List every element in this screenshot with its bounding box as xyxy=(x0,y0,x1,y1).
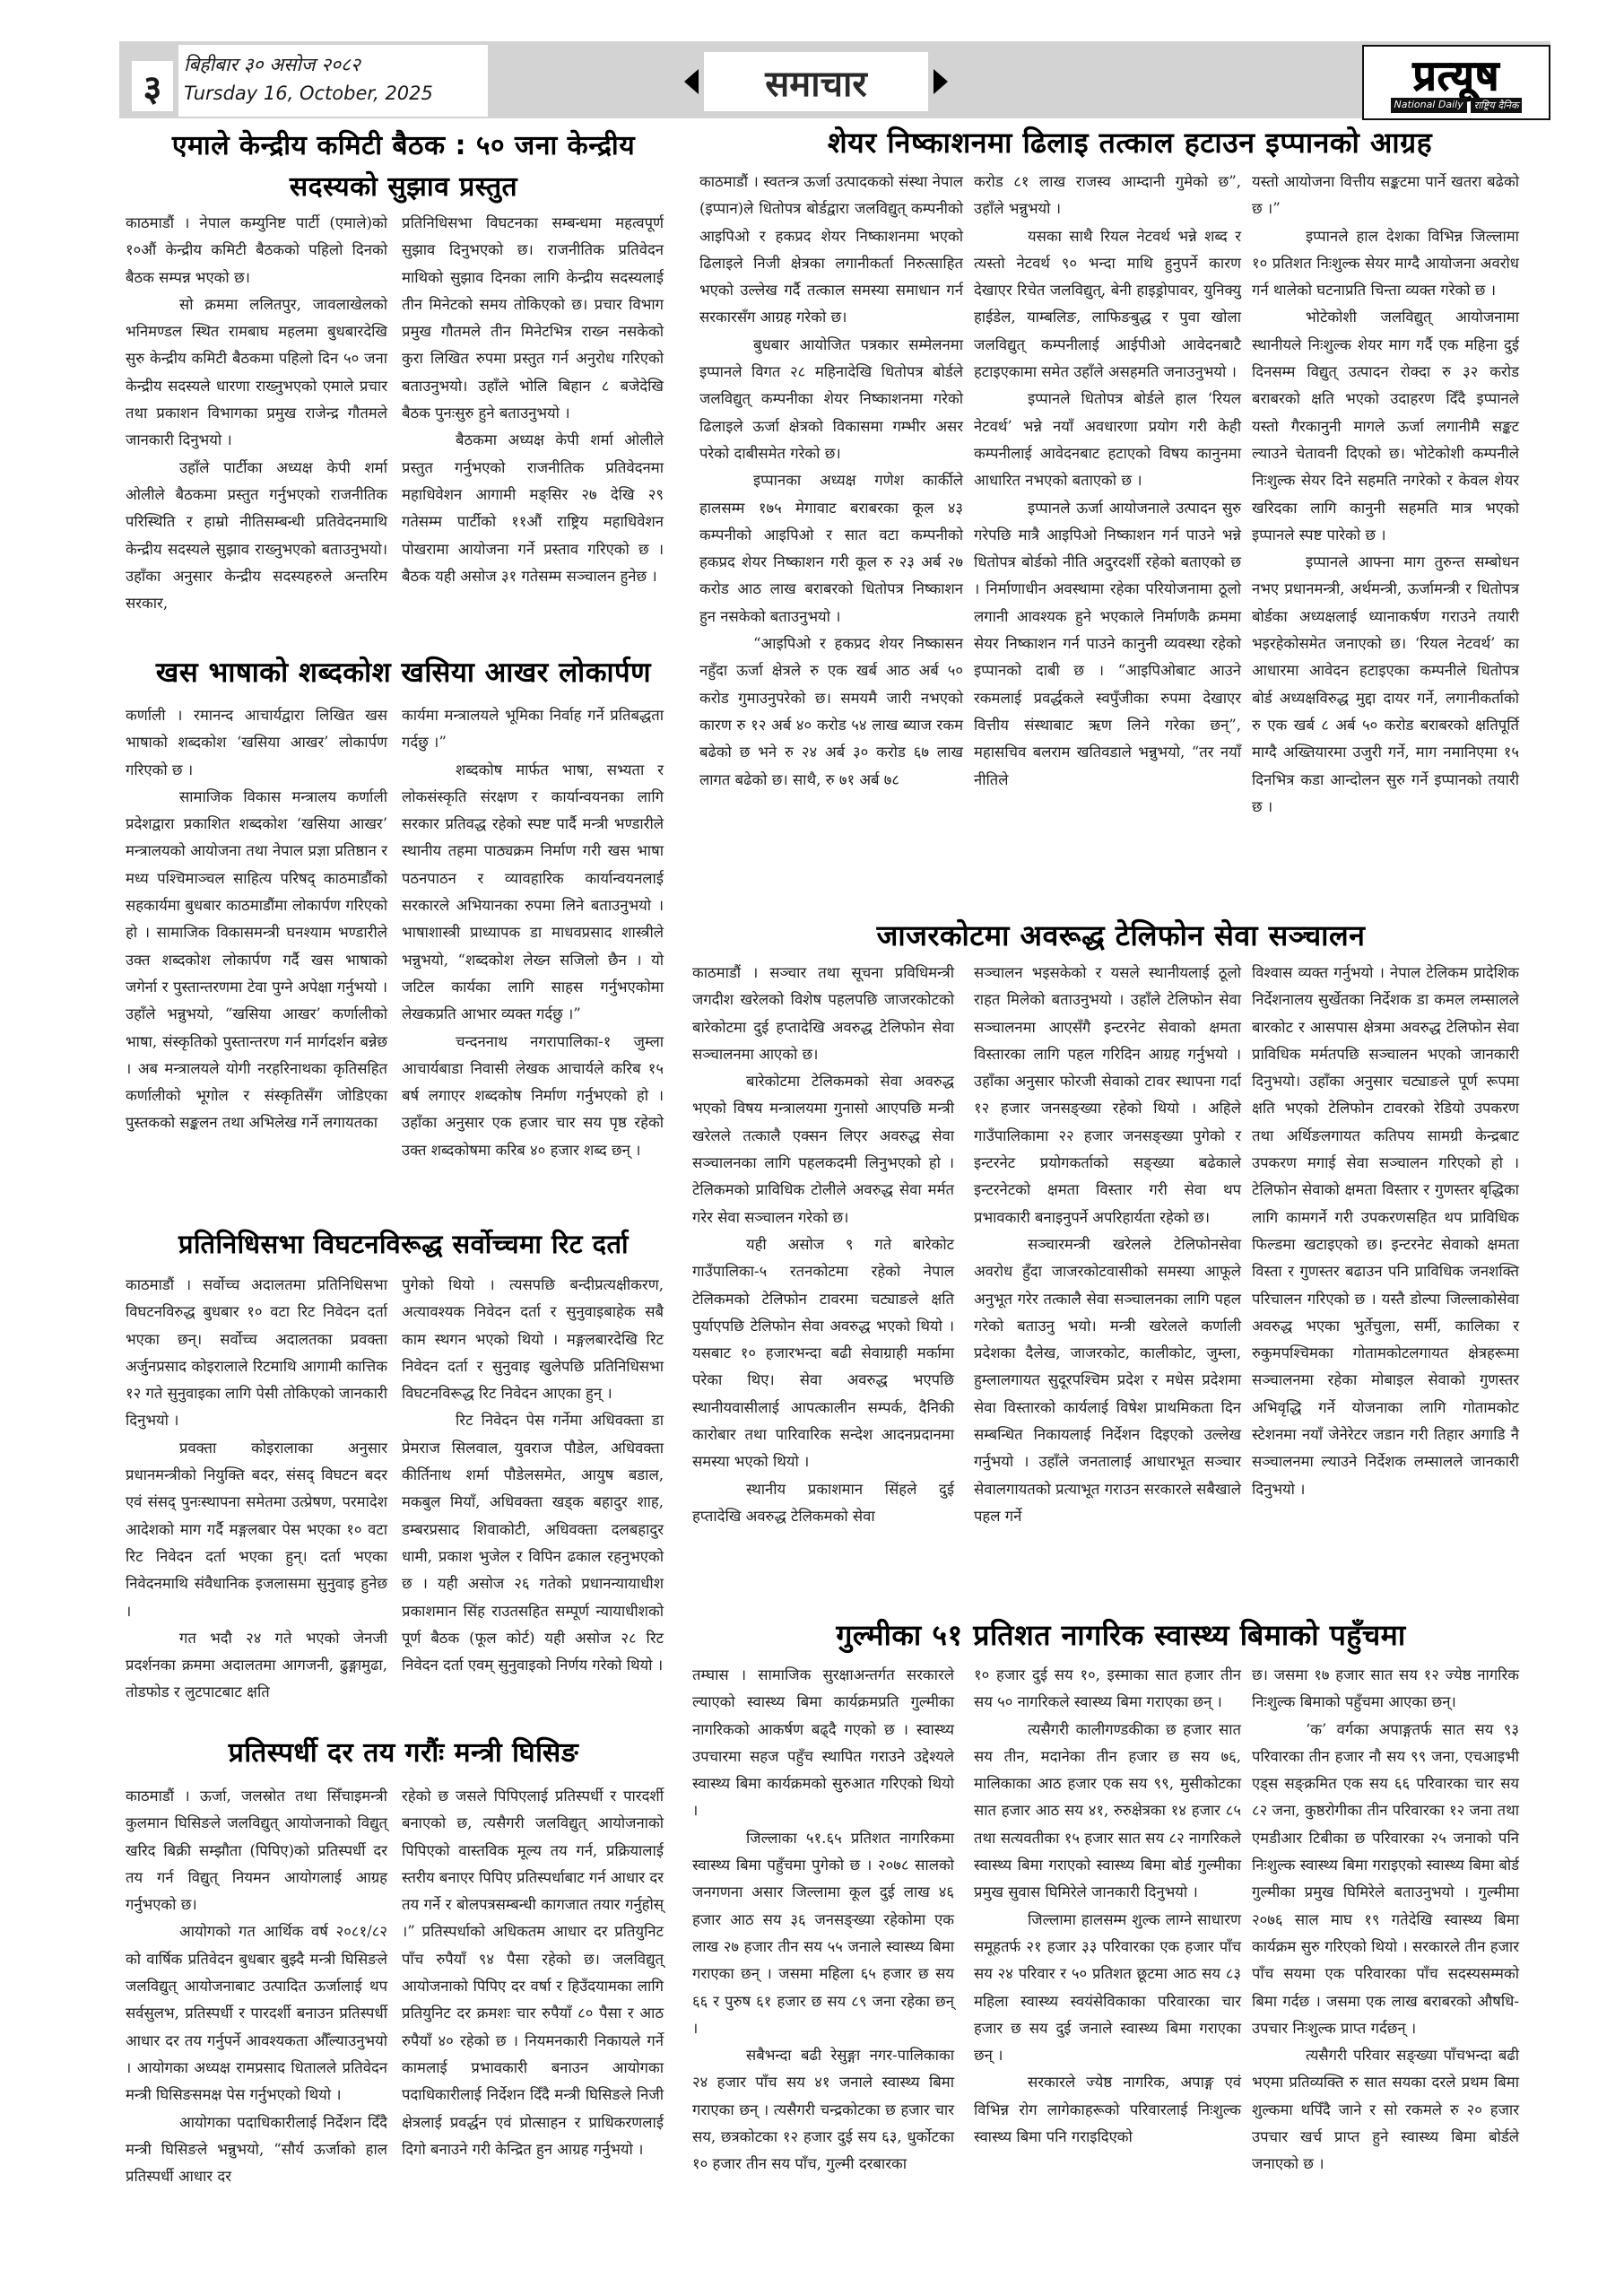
newspaper-logo: प्रत्यूष National Daily राष्ट्रिय दैनिक xyxy=(1362,45,1550,120)
paragraph: छ। जसमा १७ हजार सात सय १२ ज्येष्ठ नागरिक… xyxy=(1252,1662,1519,1717)
writ-column-1: काठमाडौं । सर्वोच्च अदालतमा प्रतिनिधिसभा… xyxy=(126,1272,387,1707)
paragraph: सबैभन्दा बढी रेसुङ्गा नगर-पालिकाका २४ हज… xyxy=(692,2042,954,2178)
paragraph: काठमाडौं । नेपाल कम्युनिष्ट पार्टी (एमाल… xyxy=(126,210,387,291)
paragraph: आयोगको गत आर्थिक वर्ष २०८१/८२ को वार्षिक… xyxy=(126,1918,387,2109)
paragraph: सरकारले ज्येष्ठ नागरिक, अपाङ्ग एवं विभिन… xyxy=(974,2069,1241,2151)
paragraph: चन्दननाथ नगरापालिका-१ जुम्ला आचार्यबाडा … xyxy=(402,1029,664,1164)
paragraph: “आइपिओ र हकप्रद शेयर निष्कासन नहुँदा ऊर्… xyxy=(699,631,963,794)
jajarkot-column-2: सञ्चालन भइसकेको र यसले स्थानीयलाई ठूलो र… xyxy=(974,960,1241,1530)
logo-title: प्रत्यूष xyxy=(1413,53,1500,98)
date-box: बिहीबार ३० असोज २०८२ Tursday 16, October… xyxy=(178,45,488,117)
paragraph: कर्णाली । रमानन्द आचार्यद्वारा लिखित खस … xyxy=(126,702,387,784)
paragraph: बारेकोटमा टेलिकमको सेवा अवरुद्ध भएको विष… xyxy=(692,1068,954,1231)
paragraph: सो क्रममा ललितपुर, जावलाखेलको भनिमण्डल स… xyxy=(126,291,387,455)
ippan-column-3: यस्तो आयोजना वित्तीय सङ्कटमा पार्ने खतरा… xyxy=(1252,169,1519,821)
ghising-column-1: काठमाडौं । ऊर्जा, जलस्रोत तथा सिँचाइमन्त… xyxy=(126,1783,387,2190)
paragraph: तम्घास । सामाजिक सुरक्षाअन्तर्गत सरकारले… xyxy=(692,1662,954,1825)
paragraph: भोटेकोशी जलविद्युत् आयोजनामा स्थानीयले न… xyxy=(1252,304,1519,549)
paragraph: त्यसैगरी परिवार सङ्ख्या पाँचभन्दा बढी भए… xyxy=(1252,2042,1519,2178)
paragraph: इप्पानले आफ्ना माग तुरुन्त सम्बोधन नभए प… xyxy=(1252,549,1519,821)
paragraph: पुगेको थियो । त्यसपछि बन्दीप्रत्यक्षीकरण… xyxy=(402,1272,664,1407)
headline-ghising: प्रतिस्पर्धी दर तय गरौंः मन्त्री घिसिङ xyxy=(126,1733,682,1774)
paragraph: काठमाडौं । सञ्चार तथा सूचना प्रविधिमन्त्… xyxy=(692,960,954,1068)
paragraph: आयोगका पदाधिकारीलाई निर्देशन दिँदै मन्त्… xyxy=(126,2109,387,2191)
paragraph: प्रतिनिधिसभा विघटनका सम्बन्धमा महत्वपूर्… xyxy=(402,210,664,427)
ippan-column-1: काठमाडौं । स्वतन्त्र ऊर्जा उत्पादकको संस… xyxy=(699,169,963,794)
paragraph: काठमाडौं । स्वतन्त्र ऊर्जा उत्पादकको संस… xyxy=(699,169,963,332)
logo-sub-english: National Daily xyxy=(1391,98,1467,113)
paragraph: बैठकमा अध्यक्ष केपी शर्मा ओलीले प्रस्तुत… xyxy=(402,427,664,590)
logo-sub-nepali: राष्ट्रिय दैनिक xyxy=(1471,98,1523,113)
paragraph: जिल्लामा हालसम्म शुल्क लाग्ने साधारण समू… xyxy=(974,1907,1241,2070)
jajarkot-column-3: विश्वास व्यक्त गर्नुभयो । नेपाल टेलिकम प… xyxy=(1252,960,1519,1503)
paragraph: रिट निवेदन पेस गर्नेमा अधिवक्ता डा प्रेम… xyxy=(402,1407,664,1679)
gulmi-column-1: तम्घास । सामाजिक सुरक्षाअन्तर्गत सरकारले… xyxy=(692,1662,954,2179)
paragraph: यस्तो आयोजना वित्तीय सङ्कटमा पार्ने खतरा… xyxy=(1252,169,1519,223)
uml-column-1: काठमाडौं । नेपाल कम्युनिष्ट पार्टी (एमाल… xyxy=(126,210,387,617)
triangle-right-icon xyxy=(934,69,948,94)
date-nepali: बिहीबार ३० असोज २०८२ xyxy=(184,50,482,79)
masthead: ३ बिहीबार ३० असोज २०८२ Tursday 16, Octob… xyxy=(119,41,1550,118)
khas-column-2: कार्यमा मन्त्रालयले भूमिका निर्वाह गर्ने… xyxy=(402,702,664,1164)
paragraph: जिल्लाका ५१.६५ प्रतिशत नागरिकमा स्वास्थ्… xyxy=(692,1825,954,2042)
headline-jajarkot: जाजरकोटमा अवरूद्ध टेलिफोन सेवा सञ्चालन xyxy=(699,915,1542,956)
logo-subtitle: National Daily राष्ट्रिय दैनिक xyxy=(1391,98,1523,113)
section-banner: समाचार xyxy=(684,50,948,113)
gulmi-column-3: छ। जसमा १७ हजार सात सय १२ ज्येष्ठ नागरिक… xyxy=(1252,1662,1519,2179)
ghising-column-2: रहेको छ जसले पिपिएलाई प्रतिस्पर्धी र पार… xyxy=(402,1783,664,2163)
paragraph: सञ्चारमन्त्री खरेलले टेलिफोनसेवा अवरोध ह… xyxy=(974,1231,1241,1530)
paragraph: सञ्चालन भइसकेको र यसले स्थानीयलाई ठूलो र… xyxy=(974,960,1241,1231)
ippan-column-2: करोड ८१ लाख राजस्व आम्दानी गुमेको छ”, उह… xyxy=(974,169,1241,794)
headline-khas: खस भाषाको शब्दकोश खसिया आखर लोकार्पण xyxy=(126,652,682,693)
headline-writ: प्रतिनिधिसभा विघटनविरूद्ध सर्वोच्चमा रिट… xyxy=(126,1223,682,1265)
paragraph: उहाँले पार्टीका अध्यक्ष केपी शर्मा ओलीले… xyxy=(126,455,387,618)
paragraph: प्रवक्ता कोइरालाका अनुसार प्रधानमन्त्रीक… xyxy=(126,1435,387,1625)
date-english: Tursday 16, October, 2025 xyxy=(184,79,482,108)
paragraph: ‘क’ वर्गका अपाङ्गतर्फ सात सय ९३ परिवारका… xyxy=(1252,1717,1519,2043)
paragraph: इप्पानले हाल देशका विभिन्न जिल्लामा १० प… xyxy=(1252,223,1519,305)
paragraph: काठमाडौं । सर्वोच्च अदालतमा प्रतिनिधिसभा… xyxy=(126,1272,387,1435)
paragraph: करोड ८१ लाख राजस्व आम्दानी गुमेको छ”, उह… xyxy=(974,169,1241,223)
paragraph: त्यसैगरी कालीगण्डकीका छ हजार सात सय तीन,… xyxy=(974,1717,1241,1907)
paragraph: बुधबार आयोजित पत्रकार सम्मेलनमा इप्पानले… xyxy=(699,332,963,467)
headline-gulmi: गुल्मीका ५१ प्रतिशत नागरिक स्वास्थ्य बिम… xyxy=(699,1614,1542,1656)
paragraph: इप्पानका अध्यक्ष गणेश कार्कीले हालसम्म १… xyxy=(699,467,963,631)
writ-column-2: पुगेको थियो । त्यसपछि बन्दीप्रत्यक्षीकरण… xyxy=(402,1272,664,1679)
paragraph: काठमाडौं । ऊर्जा, जलस्रोत तथा सिँचाइमन्त… xyxy=(126,1783,387,1918)
paragraph: इप्पानले ऊर्जा आयोजनाले उत्पादन सुरु गरे… xyxy=(974,495,1241,794)
paragraph: गत भदौ २४ गते भएको जेनजी प्रदर्शनका क्रम… xyxy=(126,1625,387,1707)
headline-ippan: शेयर निष्काशनमा ढिलाइ तत्काल हटाउन इप्पा… xyxy=(717,122,1542,163)
paragraph: रहेको छ जसले पिपिएलाई प्रतिस्पर्धी र पार… xyxy=(402,1783,664,2163)
page-number: ३ xyxy=(132,61,173,111)
paragraph: कार्यमा मन्त्रालयले भूमिका निर्वाह गर्ने… xyxy=(402,702,664,757)
paragraph: स्थानीय प्रकाशमान सिंहले दुई हप्तादेखि अ… xyxy=(692,1476,954,1531)
uml-column-2: प्रतिनिधिसभा विघटनका सम्बन्धमा महत्वपूर्… xyxy=(402,210,664,590)
jajarkot-column-1: काठमाडौं । सञ्चार तथा सूचना प्रविधिमन्त्… xyxy=(692,960,954,1530)
triangle-left-icon xyxy=(684,69,699,94)
paragraph: १० हजार दुई सय १०, इस्माका सात हजार तीन … xyxy=(974,1662,1241,1717)
paragraph: यसका साथै रियल नेटवर्थ भन्ने शब्द र त्यस… xyxy=(974,223,1241,387)
paragraph: यही असोज ९ गते बारेकोट गाउँपालिका-५ रतनक… xyxy=(692,1231,954,1476)
gulmi-column-2: १० हजार दुई सय १०, इस्माका सात हजार तीन … xyxy=(974,1662,1241,2151)
headline-uml: एमाले केन्द्रीय कमिटी बैठक : ५० जना केन्… xyxy=(126,126,682,208)
paragraph: इप्पानले धितोपत्र बोर्डले हाल ‘रियल नेटव… xyxy=(974,386,1241,494)
paragraph: विश्वास व्यक्त गर्नुभयो । नेपाल टेलिकम प… xyxy=(1252,960,1519,1503)
section-title: समाचार xyxy=(704,52,928,111)
paragraph: शब्दकोष मार्फत भाषा, सभ्यता र लोकसंस्कृत… xyxy=(402,757,664,1029)
khas-column-1: कर्णाली । रमानन्द आचार्यद्वारा लिखित खस … xyxy=(126,702,387,1137)
paragraph: सामाजिक विकास मन्त्रालय कर्णाली प्रदेशद्… xyxy=(126,784,387,1137)
